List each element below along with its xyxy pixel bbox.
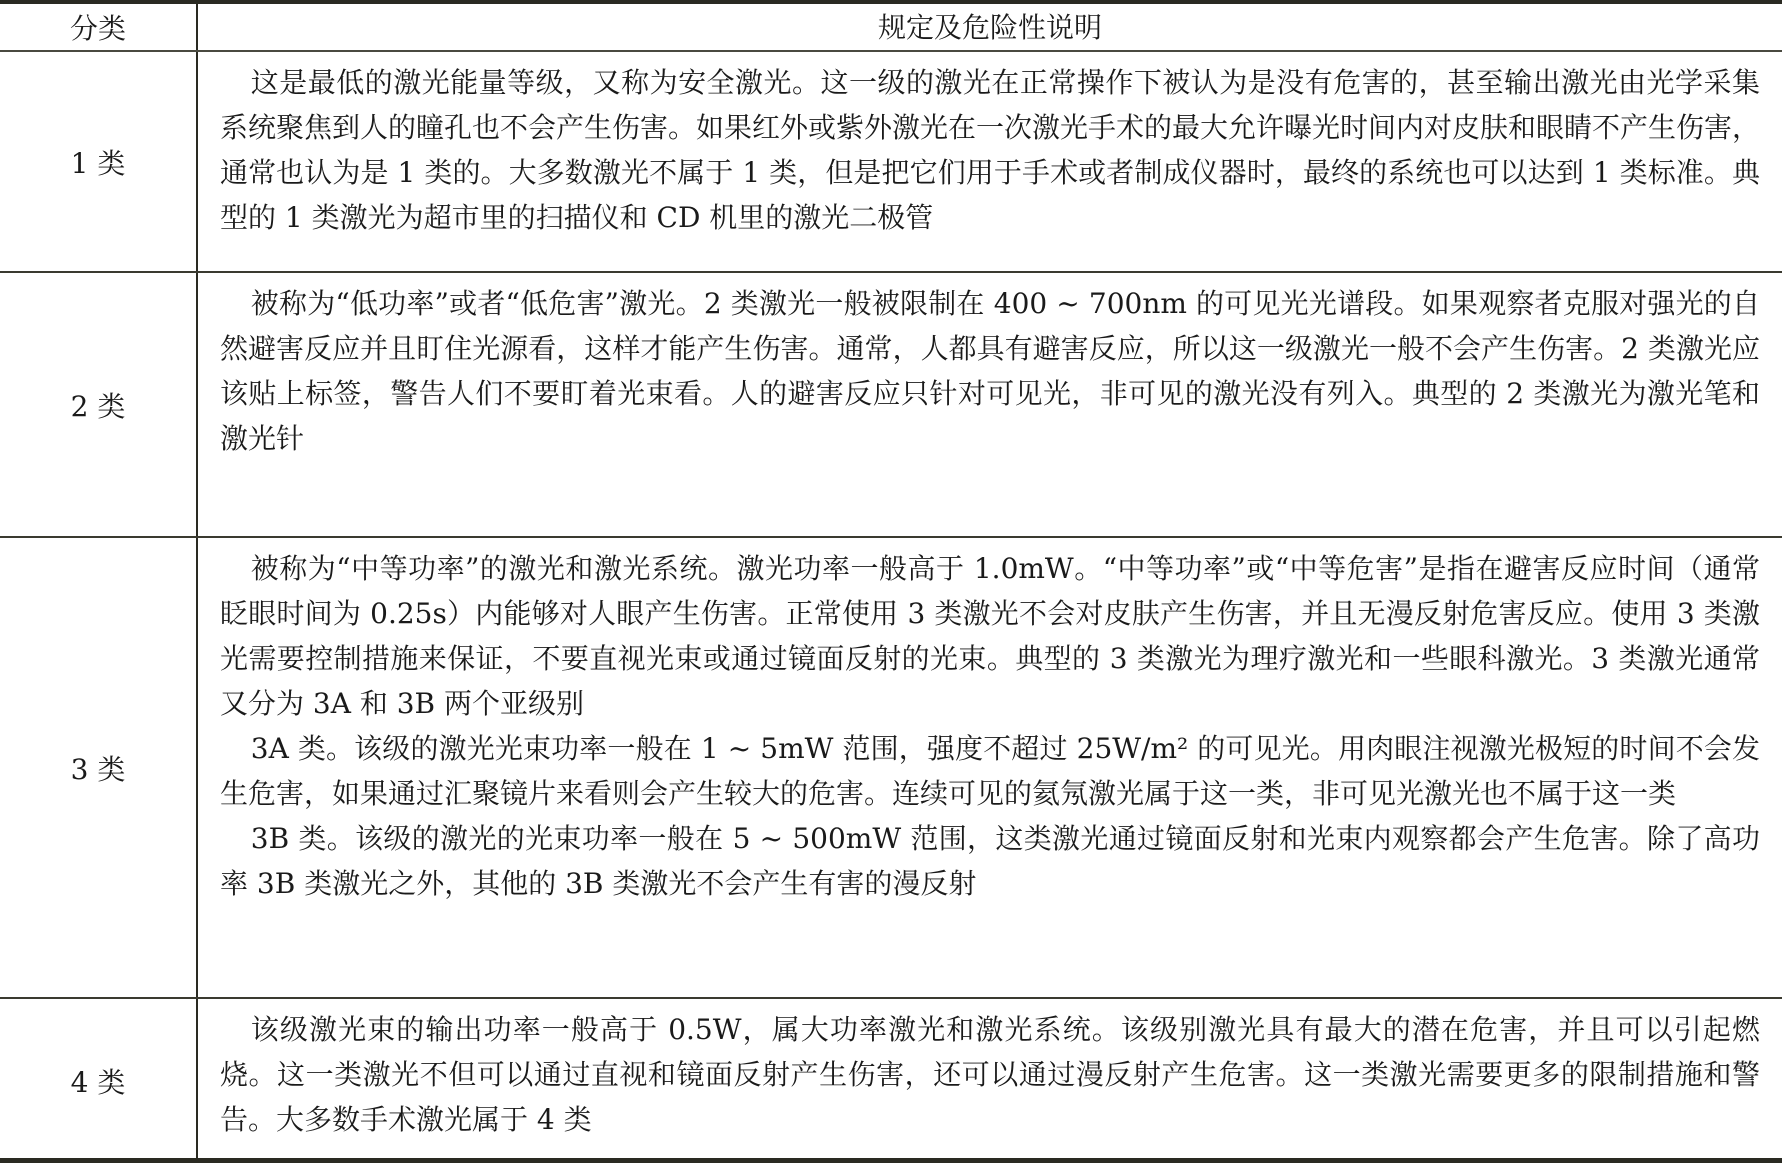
table-row-class-4: 4 类 该级激光束的输出功率一般高于 0.5W，属大功率激光和激光系统。该级别激… bbox=[0, 999, 1782, 1162]
description-paragraph: 被称为“中等功率”的激光和激光系统。激光功率一般高于 1.0mW。“中等功率”或… bbox=[220, 546, 1760, 726]
subclass-3b-paragraph: 3B 类。该级的激光的光束功率一般在 5 ~ 500mW 范围，这类激光通过镜面… bbox=[220, 816, 1760, 906]
table-row-class-1: 1 类 这是最低的激光能量等级，又称为安全激光。这一级的激光在正常操作下被认为是… bbox=[0, 52, 1782, 273]
category-cell: 4 类 bbox=[0, 999, 198, 1162]
category-cell: 2 类 bbox=[0, 273, 198, 536]
description-cell: 被称为“低功率”或者“低危害”激光。2 类激光一般被限制在 400 ~ 700n… bbox=[198, 273, 1782, 536]
subclass-3a-paragraph: 3A 类。该级的激光光束功率一般在 1 ~ 5mW 范围，强度不超过 25W/m… bbox=[220, 726, 1760, 816]
description-paragraph: 这是最低的激光能量等级，又称为安全激光。这一级的激光在正常操作下被认为是没有危害… bbox=[220, 60, 1760, 240]
table-header-row: 分类 规定及危险性说明 bbox=[0, 4, 1782, 52]
header-description: 规定及危险性说明 bbox=[198, 4, 1782, 50]
description-paragraph: 被称为“低功率”或者“低危害”激光。2 类激光一般被限制在 400 ~ 700n… bbox=[220, 281, 1760, 461]
description-cell: 该级激光束的输出功率一般高于 0.5W，属大功率激光和激光系统。该级别激光具有最… bbox=[198, 999, 1782, 1162]
laser-classification-table: 分类 规定及危险性说明 1 类 这是最低的激光能量等级，又称为安全激光。这一级的… bbox=[0, 0, 1782, 1163]
description-cell: 被称为“中等功率”的激光和激光系统。激光功率一般高于 1.0mW。“中等功率”或… bbox=[198, 538, 1782, 997]
description-cell: 这是最低的激光能量等级，又称为安全激光。这一级的激光在正常操作下被认为是没有危害… bbox=[198, 52, 1782, 271]
category-cell: 1 类 bbox=[0, 52, 198, 271]
table-row-class-3: 3 类 被称为“中等功率”的激光和激光系统。激光功率一般高于 1.0mW。“中等… bbox=[0, 538, 1782, 999]
table-row-class-2: 2 类 被称为“低功率”或者“低危害”激光。2 类激光一般被限制在 400 ~ … bbox=[0, 273, 1782, 538]
header-category: 分类 bbox=[0, 4, 198, 50]
description-paragraph: 该级激光束的输出功率一般高于 0.5W，属大功率激光和激光系统。该级别激光具有最… bbox=[220, 1007, 1760, 1142]
category-cell: 3 类 bbox=[0, 538, 198, 997]
